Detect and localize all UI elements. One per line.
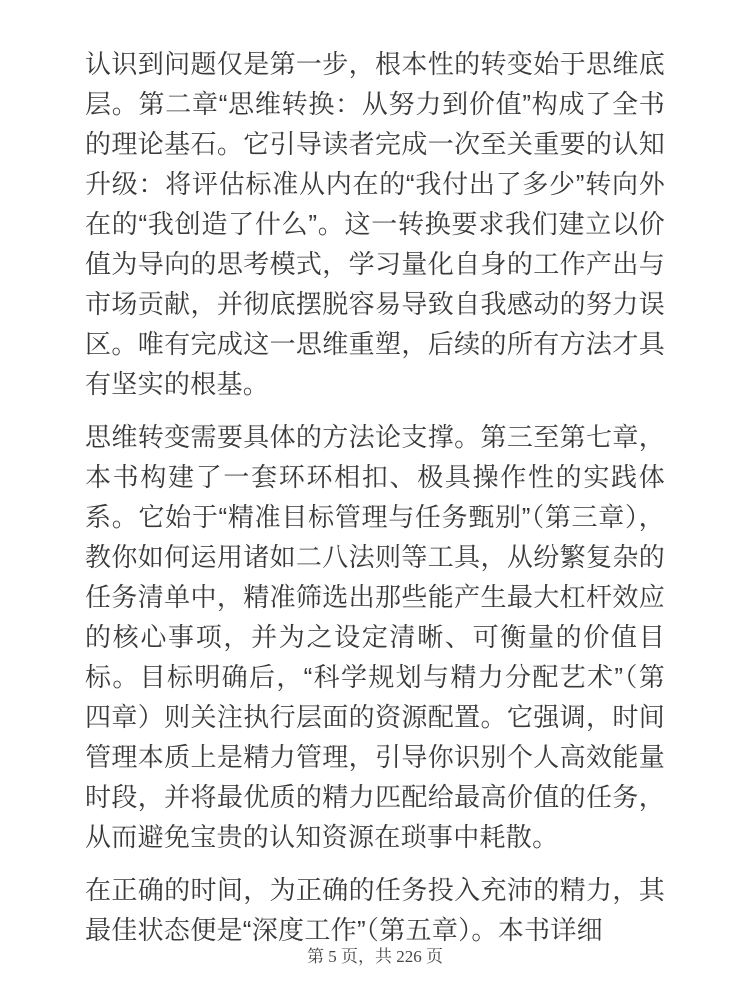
page-number-indicator: 第 5 页，共 226 页 [0,946,750,968]
paragraph-2: 思维转变需要具体的方法论支撑。第三至第七章，本书构建了一套环环相扣、极具操作性的… [85,417,665,857]
paragraph-3: 在正确的时间，为正确的任务投入充沛的精力，其最佳状态便是“深度工作”（第五章）。… [85,870,665,950]
paragraph-1: 认识到问题仅是第一步，根本性的转变始于思维底层。第二章“思维转换：从努力到价值”… [85,44,665,404]
document-page: 认识到问题仅是第一步，根本性的转变始于思维底层。第二章“思维转换：从努力到价值”… [0,0,750,1000]
page-text-area: 认识到问题仅是第一步，根本性的转变始于思维底层。第二章“思维转换：从努力到价值”… [85,44,665,963]
